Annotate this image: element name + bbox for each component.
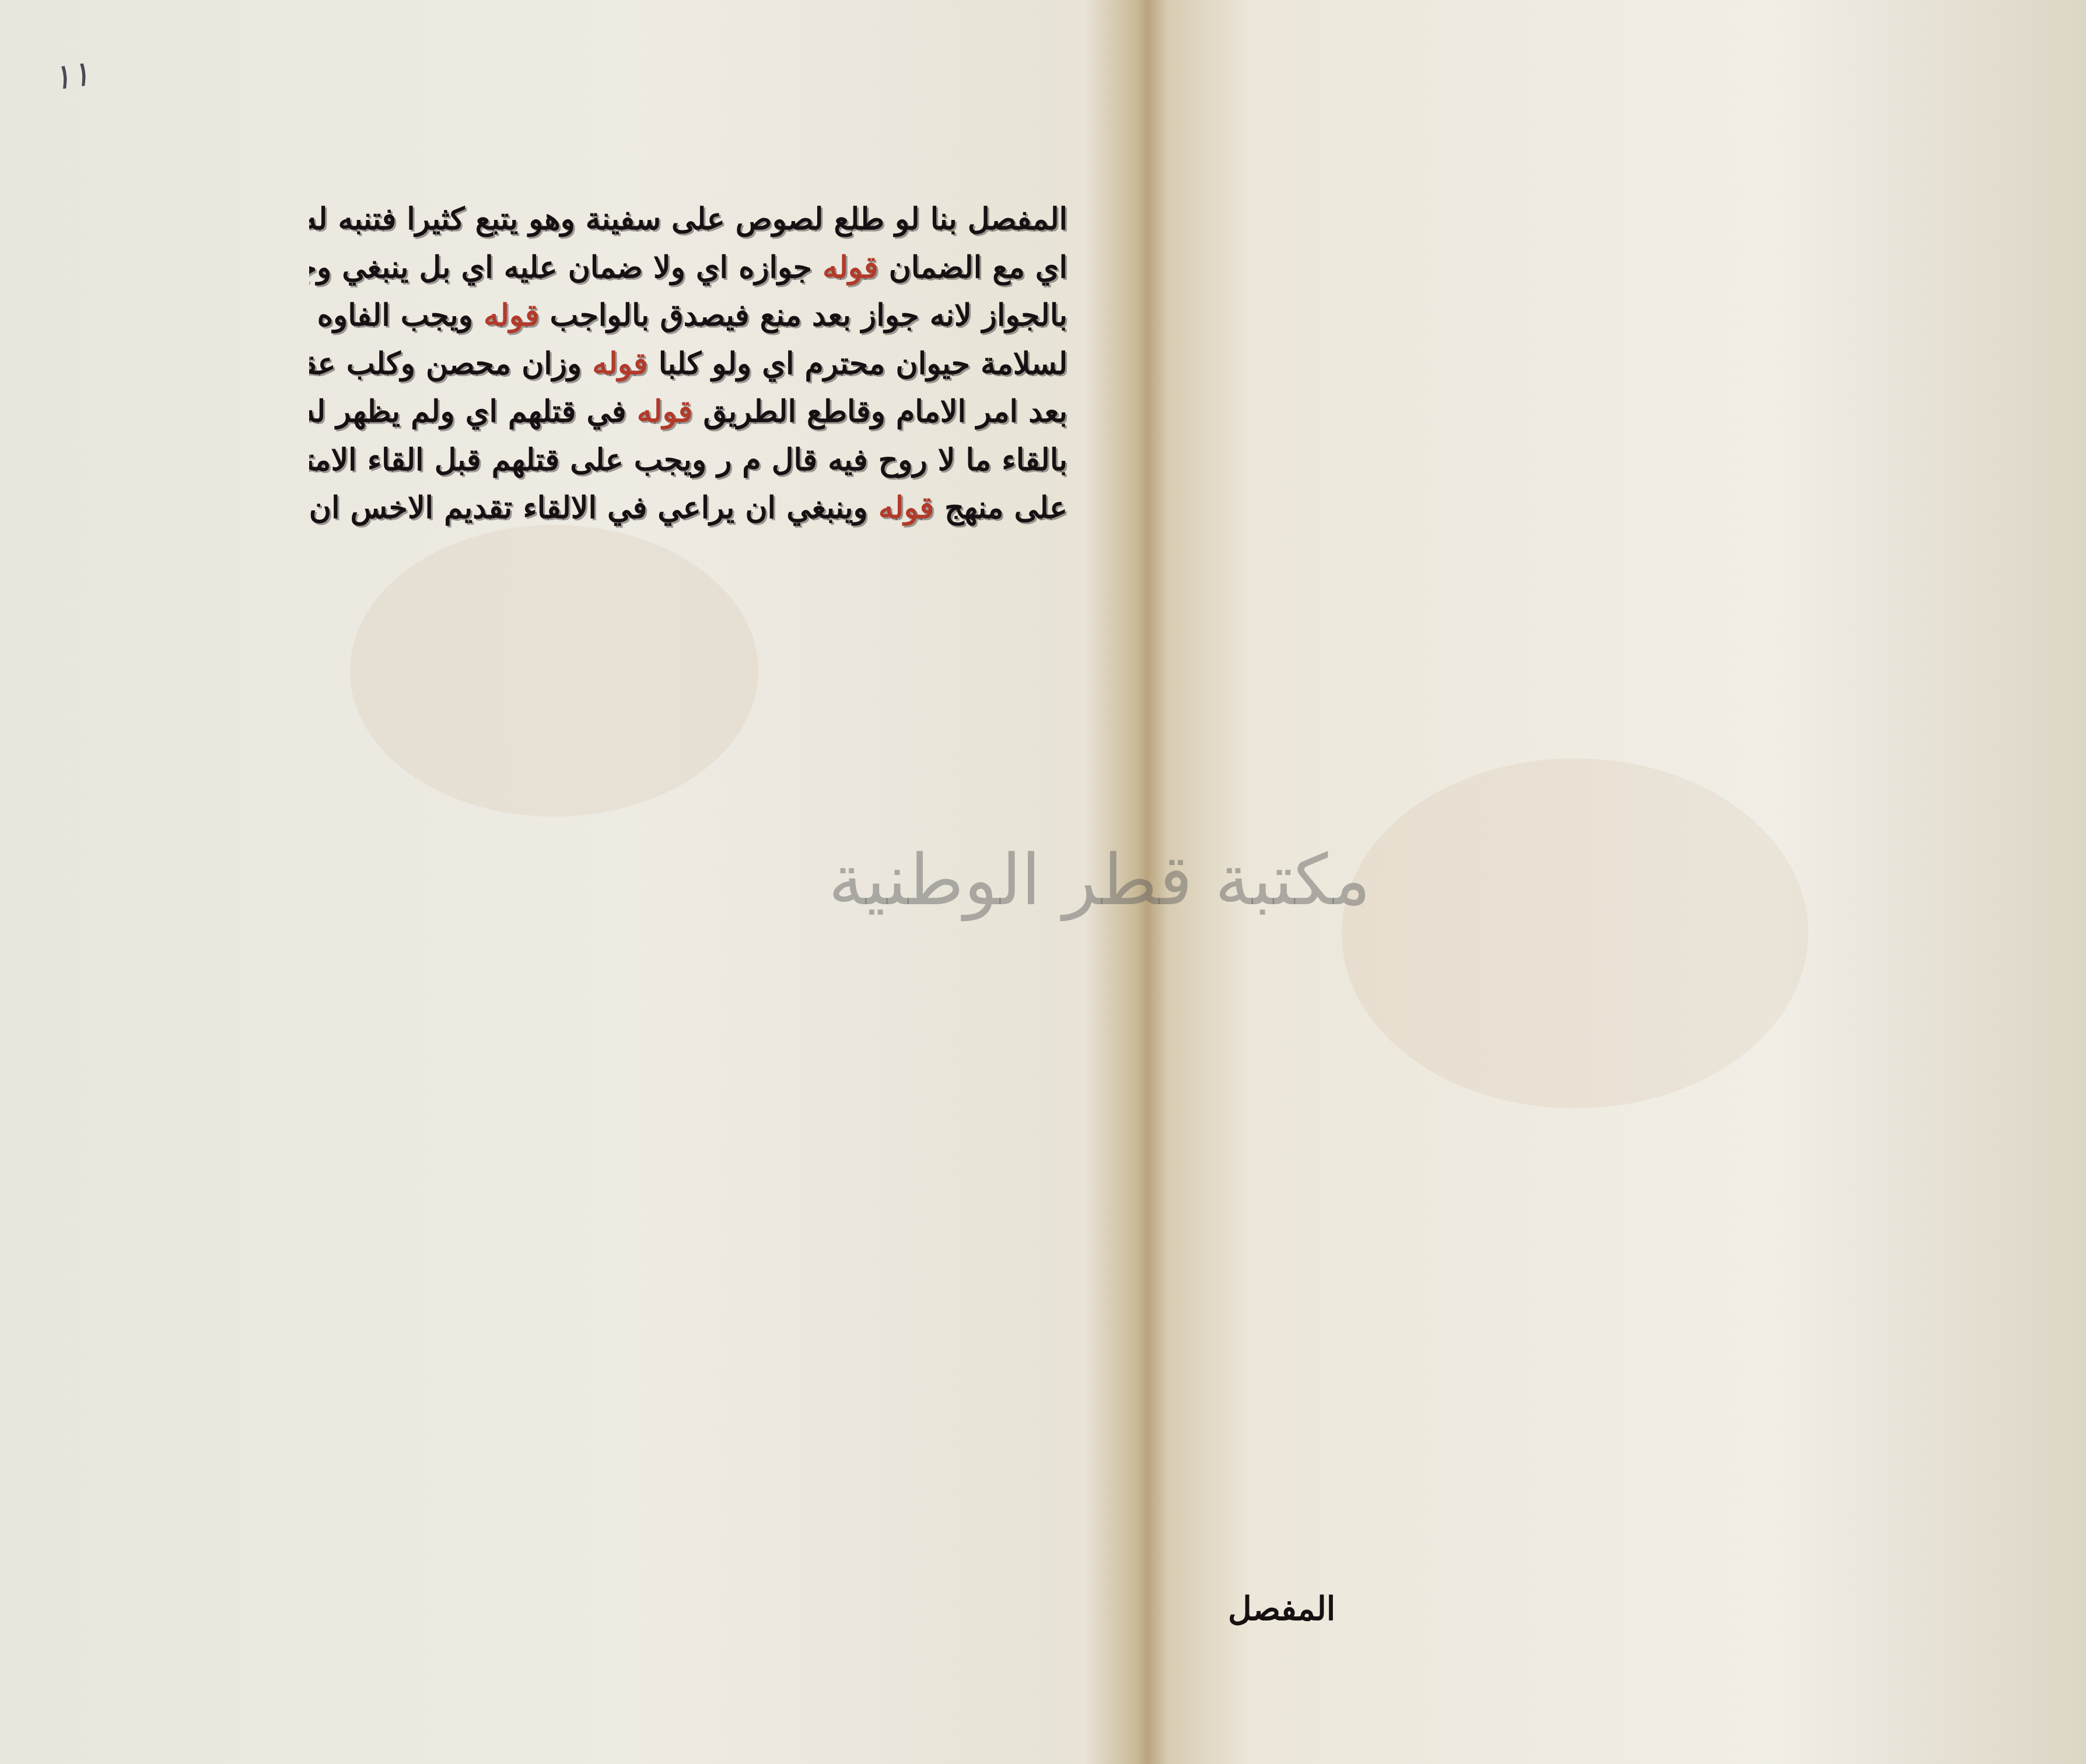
left-text-block: المفصل بنا لو طلع لصوص على سفينة وهو يتب…	[309, 195, 1067, 533]
text-line: على منهج قوله وينبغي ان يراعي في الالقاء…	[309, 484, 1067, 533]
rubric-word: قوله	[637, 394, 692, 429]
text-line: بعد امر الامام وقاطع الطريق قوله في قتله…	[309, 388, 1067, 436]
text-line: بالقاء ما لا روح فيه قال م ر ويجب على قت…	[309, 436, 1067, 485]
folio-number: ١١	[50, 53, 93, 99]
rubric-word: قوله	[822, 250, 878, 285]
rubric-word: قوله	[484, 297, 539, 333]
text-line: لسلامة حيوان محترم اي ولو كلبا قوله وزان…	[309, 340, 1067, 388]
library-watermark: مكتبة قطر الوطنية	[828, 840, 1371, 921]
manuscript-spread: ١١ المفصل بنا لو طلع لصوص على سفينة وهو …	[0, 0, 2086, 1764]
text-line: اي مع الضمان قوله جوازه اي ولا ضمان عليه…	[309, 244, 1067, 292]
text-line: بالجواز لانه جواز بعد منع فيصدق بالواجب …	[309, 292, 1067, 340]
text-line: المفصل بنا لو طلع لصوص على سفينة وهو يتب…	[309, 195, 1067, 244]
rubric-word: قوله	[592, 346, 647, 381]
catchword: المفصل	[1228, 1590, 1335, 1628]
rubric-word: قوله	[878, 490, 934, 526]
